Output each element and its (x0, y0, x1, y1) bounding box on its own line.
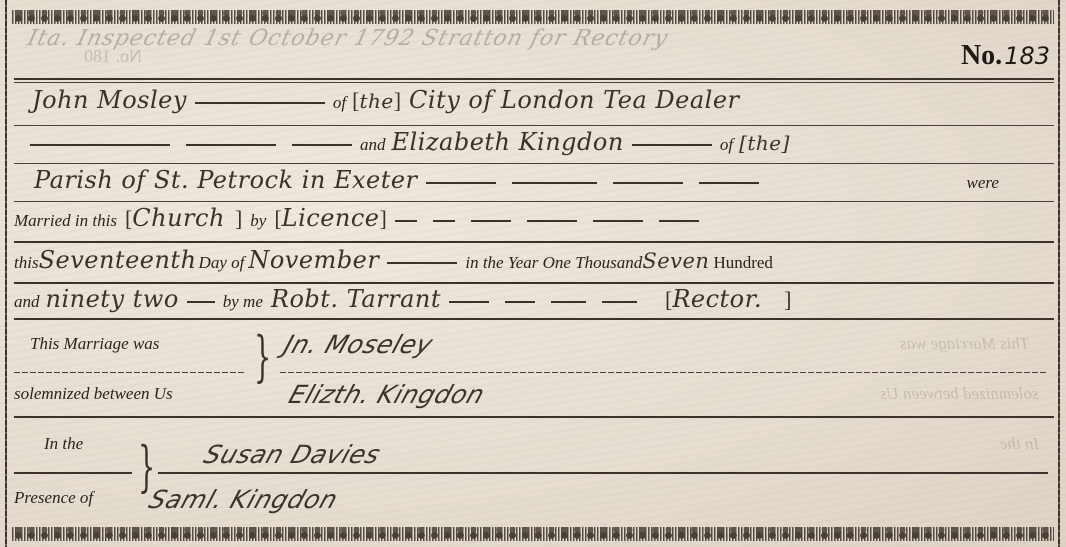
officiant-line: and ninety two by me Robt. Tarrant [ Rec… (14, 285, 791, 313)
witness-label-2: Presence of (14, 488, 93, 508)
witness-2-line: Saml. Kingdon (150, 485, 337, 514)
filler-dash (195, 102, 325, 104)
groom-signature: Jn. Moseley (280, 330, 436, 359)
the-word: the (359, 89, 393, 113)
bleed-through-text: solemnized between Us (880, 384, 1039, 404)
entry-number-label: No. (961, 40, 1002, 71)
officiant-title: Rector. (672, 285, 762, 313)
and-label: and (360, 135, 386, 155)
by-me-label: by me (223, 292, 263, 312)
of-label: of (333, 93, 346, 113)
right-border-rule (1058, 0, 1060, 547)
filler-dash (471, 220, 511, 222)
groom-name: John Mosley (32, 86, 187, 114)
filler-dash (512, 182, 597, 184)
rule (14, 78, 1054, 80)
rule (14, 416, 1054, 418)
filler-dash (433, 220, 455, 222)
filler-dash (551, 301, 586, 303)
married-label: Married in this (14, 211, 117, 231)
bleed-through-text: In the (1000, 434, 1039, 454)
filler-dash (505, 301, 535, 303)
marriage-place: Church (132, 204, 225, 232)
bracket-close: ] (380, 206, 387, 232)
filler-dash (449, 301, 489, 303)
filler-dash (699, 182, 759, 184)
filler-dash (387, 262, 457, 264)
rule (14, 82, 1054, 83)
bracket-open: [ (274, 206, 281, 232)
hundred-label: Hundred (713, 253, 772, 273)
rule (14, 318, 1054, 320)
filler-dash (659, 220, 699, 222)
solemnized-label-2: solemnized between Us (14, 384, 173, 404)
filler-dash (613, 182, 683, 184)
groom-signature-line: Jn. Moseley (285, 330, 432, 359)
bride-line: and Elizabeth Kingdon of [the] (22, 128, 790, 156)
entry-number-value: 183 (1004, 42, 1050, 70)
left-border-rule (5, 0, 7, 547)
by-label: by (250, 211, 266, 231)
filler-dash (395, 220, 417, 222)
year-suffix: ninety two (46, 285, 179, 313)
bride-signature: Elizth. Kingdon (285, 380, 488, 409)
date-line: this Seventeenth Day of November in the … (14, 246, 773, 274)
marriage-century: Seven (642, 249, 709, 273)
top-ornamental-border (12, 10, 1054, 24)
entry-number: No.183 (961, 40, 1050, 72)
filler-dash (593, 220, 643, 222)
rule (14, 372, 244, 373)
witness-1-line: Susan Davies (205, 440, 380, 469)
marriage-month: November (248, 246, 379, 274)
this-label: this (14, 253, 39, 273)
rule (14, 201, 1054, 202)
bottom-ornamental-border (12, 527, 1054, 541)
filler-dash (426, 182, 496, 184)
filler-dash (30, 144, 170, 146)
filler-dash (186, 144, 276, 146)
bride-name: Elizabeth Kingdon (392, 128, 624, 156)
register-page: Ita. Inspected 1st October 1792 Stratton… (0, 0, 1066, 547)
were-label: were (967, 173, 999, 193)
rule (14, 472, 132, 474)
rule (14, 282, 1054, 284)
filler-dash (602, 301, 637, 303)
bride-residence: Parish of St. Petrock in Exeter (34, 166, 418, 194)
parish-line: Parish of St. Petrock in Exeter were (34, 166, 999, 194)
solemnized-label-1: This Marriage was (30, 334, 159, 354)
and-label: and (14, 292, 40, 312)
rule (14, 163, 1054, 164)
bracket-close: ] (394, 88, 401, 114)
officiant-name: Robt. Tarrant (271, 285, 441, 313)
brace-icon: } (254, 330, 271, 384)
bleed-through-text: This Marriage was (900, 334, 1029, 354)
of-label: of (720, 135, 733, 155)
the-word: [the] (739, 131, 790, 155)
rule (280, 372, 1048, 373)
witness-1-signature: Susan Davies (200, 440, 384, 469)
bride-signature-line: Elizth. Kingdon (290, 380, 484, 409)
year-label: in the Year One Thousand (465, 253, 642, 273)
bracket-open: [ (352, 88, 359, 114)
filler-dash (187, 301, 215, 303)
filler-dash (292, 144, 352, 146)
rule (158, 472, 1048, 474)
filler-dash (527, 220, 577, 222)
married-line: Married in this [ Church ] by [ Licence … (14, 204, 707, 232)
witness-2-signature: Saml. Kingdon (145, 485, 341, 514)
marriage-day: Seventeenth (39, 246, 197, 274)
bracket-close: ] (235, 206, 242, 232)
bracket-close: ] (784, 287, 791, 313)
day-of-label: Day of (199, 253, 245, 273)
rule (14, 241, 1054, 243)
rule (14, 125, 1054, 126)
filler-dash (632, 144, 712, 146)
groom-line: John Mosley of [ the ] City of London Te… (32, 86, 740, 114)
witness-label-1: In the (44, 434, 83, 454)
groom-residence: City of London Tea Dealer (409, 86, 739, 114)
marriage-method: Licence (282, 204, 380, 232)
bracket-open: [ (125, 206, 132, 232)
bleed-through-number: No. 180 (84, 46, 142, 67)
